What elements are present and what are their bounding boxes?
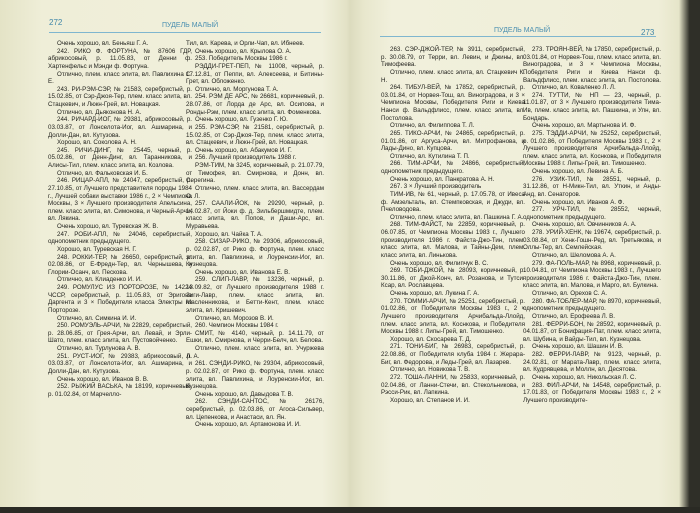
entry-paragraph: Отлично, вл. Фальковская И. Б. — [48, 170, 192, 178]
entry-paragraph: Очень хорошо, вл. Лукина Г. А. — [381, 290, 525, 298]
entry-paragraph: Очень хорошо, вл. Беньяш Г. А. — [48, 40, 192, 48]
entry-paragraph: Очень хорошо, вл. Филипчук В. С. — [381, 260, 525, 268]
entry-paragraph: 266. ТИМ-АРЧИ, № 24866, серебристый, одн… — [381, 160, 525, 175]
entry-paragraph: Отлично, плем. класс элита, вл. Павлихин… — [48, 71, 192, 86]
entry-paragraph: Очень хорошо, вл. Овчинников А. А. — [523, 221, 661, 229]
entry-paragraph: 282. ФЕРРИ-ЛАВР, № 9123, черный, р. 24.0… — [523, 351, 661, 374]
entry-paragraph: 267. 3 × Лучший производитель — [381, 183, 525, 191]
entry-paragraph: 268. ТИМ-ФАЙСТ, № 22859, коричневый, р. … — [381, 221, 525, 259]
entry-paragraph: 255. РЭМ-СЭР, № 21581, серебристый, р. 1… — [186, 124, 324, 147]
entry-paragraph: Очень хорошо, вл. Никольская Л. С. — [523, 374, 661, 382]
entry-paragraph: 256. Лучший производитель 1988 г. — [186, 154, 324, 162]
entry-paragraph: 283. ФИЛ-АРЧИ, № 14548, серебристый, р. … — [523, 382, 661, 405]
book-spread: 272 ПУДЕЛЬ МАЛЫЙ Очень хорошо, вл. Бенья… — [0, 0, 700, 507]
entry-paragraph: Тил, вл. Карева, и Орли-Чап, вл. Ибнеев. — [186, 40, 324, 48]
entry-paragraph: Очень хорошо, вл. Абакумов И. Г. — [186, 147, 324, 155]
entry-paragraph: Очень хорошо, вл. Иванова Е. В. — [186, 269, 324, 277]
entry-paragraph: 265. ТИКО-АРЧИ, № 24865, серебристый, р.… — [381, 130, 525, 153]
entry-paragraph: 250. РОМУЭЛЬ-АРЧИ, № 22829, серебристый,… — [48, 322, 192, 345]
entry-paragraph: Отлично, плем. класс элита, вл. Стацкеви… — [381, 69, 525, 84]
header-rule — [49, 32, 321, 33]
entry-paragraph: 274. ТУТТИ, № НП — 23, черный, р. 11.01.… — [523, 92, 661, 123]
entry-paragraph: Отлично, вл. Орехов С. А. — [523, 290, 661, 298]
page-number: 272 — [49, 18, 62, 27]
text-column-2: Тил, вл. Карева, и Орли-Чап, вл. Ибнеев.… — [186, 40, 324, 429]
entry-paragraph: Отлично, вл. Клиаденко И. И. — [48, 276, 192, 284]
entry-paragraph: 271. ТОНИ-БИГ, № 26983, серебристый, р. … — [381, 343, 525, 366]
entry-paragraph: Отлично, вл. Филиппова Т. Л. — [381, 122, 525, 130]
entry-paragraph: Отлично, плем. класс элита, вл. Учуржева… — [186, 345, 324, 360]
entry-paragraph: Хорошо, вл. Скосарева Т. Д. — [381, 336, 525, 344]
entry-paragraph: 246. РИЦАР-АПЛ, № 24047, серебристый, р.… — [48, 177, 192, 223]
entry-paragraph: Хорошо, вл. Чайка Т. А. — [186, 231, 324, 239]
entry-paragraph: 272. ТОША-ЛАННИ, № 25833, коричневый, р.… — [381, 374, 525, 397]
entry-paragraph: 253. Победитель Москвы 1986 г. — [186, 55, 324, 63]
entry-paragraph: Хорошо, вл. Соколова А. Н. — [48, 139, 192, 147]
entry-paragraph: 257. СААЛИ-ЙОК, № 29290, черный, р. 14.0… — [186, 200, 324, 231]
entry-paragraph: 279. ФА-ПОЛЬ-МАР, № 8968, коричневый, р.… — [523, 260, 661, 291]
entry-paragraph: 264. ТИБУЛ-ВЕЙ, № 17852, серебристый, р.… — [381, 84, 525, 122]
entry-paragraph: Отлично, вл. Турлунова А. В. — [48, 345, 192, 353]
entry-paragraph: 269. ТОБИ-ДЖОЙ, № 28093, коричневый, р. … — [381, 267, 525, 290]
entry-paragraph: Очень хорошо, вл. Артамонова И. И. — [186, 421, 324, 429]
entry-paragraph: 258. СИЗАР-РИКО, № 29306, абрикосовый, р… — [186, 238, 324, 269]
text-column-1: 263. СЭР-ДЖОЙ-ТЕР, № 3911, серебристый, … — [381, 46, 525, 404]
entry-paragraph: Очень хорошо, вл. Иванов В. В. — [48, 376, 192, 384]
entry-paragraph: Отлично, вл. Ерофеева Л. В. — [523, 313, 661, 321]
entry-paragraph: 259. СЛИП-ЛАВР, № 13236, черный, р. 13.0… — [186, 276, 324, 314]
entry-paragraph: 243. РИ-РЭМ-СЭР, № 21583, серебристый, р… — [48, 86, 192, 109]
entry-paragraph: Отлично, плем. класс элита, вл. Вассерда… — [186, 185, 324, 200]
entry-paragraph: 249. РОМУЛУС ИЗ ПОРТОРОЗЕ, № 14224 ЧССР,… — [48, 284, 192, 315]
entry-paragraph: 280. ФА-ТОБЛЕР-МАР, № 8970, коричневый, … — [523, 298, 661, 313]
entry-paragraph: 260. Чемпион Москвы 1984 г. — [186, 322, 324, 330]
running-head: ПУДЕЛЬ МАЛЫЙ — [162, 22, 218, 29]
entry-paragraph: Отлично, вл. Новикова Т. В. — [381, 366, 525, 374]
entry-paragraph: 245. РИЧИ-ДИНГ, № 25445, черный, р. 05.0… — [48, 147, 192, 170]
entry-paragraph: 247. РОБИ-АПЛ, № 24046, серебристый, одн… — [48, 231, 192, 246]
entry-paragraph: Очень хорошо, вл. Иванов А. Ф. — [523, 199, 661, 207]
entry-paragraph: Очень хорошо, вл. Туревская Ж. В. — [48, 223, 192, 231]
entry-paragraph: Отлично, вл. Дьяконова Н. А. — [48, 109, 192, 117]
entry-paragraph: РЭМ-ТИМ, № 3245, коричневый, р. 21.07.79… — [186, 162, 324, 185]
text-column-2: 273. ТРОЯН-ВЕЙ, № 17850, серебристый, р.… — [523, 46, 661, 404]
entry-paragraph: Очень хорошо, вл. Давыдова Т. В. — [186, 391, 324, 399]
entry-paragraph: Хорошо, вл. Туревская Н. Г. — [48, 246, 192, 254]
entry-paragraph: Отлично, вл. Кутилина Т. П. — [381, 153, 525, 161]
entry-paragraph: Отлично, вл. Симкина И. И. — [48, 315, 192, 323]
entry-paragraph: Хорошо, вл. Степанов И. И. — [381, 397, 525, 405]
entry-paragraph: 281. ФЕРРИ-БОН, № 28592, коричневый, р. … — [523, 321, 661, 344]
entry-paragraph: 270. ТОММИ-АРЧИ, № 25251, серебристый, р… — [381, 298, 525, 336]
entry-paragraph: Отлично, вл. Шеломова А. А. — [523, 252, 661, 260]
entry-paragraph: Очень хорошо, вл. Шашин И. В. — [523, 343, 661, 351]
entry-paragraph: Отлично, вл. Морозов В. И. — [186, 315, 324, 323]
entry-paragraph: 261. СЭНДИ-РИКО, № 29304, абрикосовый, р… — [186, 360, 324, 391]
entry-paragraph: 248. РОККИ-ТЕР, № 26650, серебристый, р.… — [48, 254, 192, 277]
right-page: ПУДЕЛЬ МАЛЫЙ 273 263. СЭР-ДЖОЙ-ТЕР, № 39… — [350, 0, 690, 507]
text-column-1: Очень хорошо, вл. Беньяш Г. А.242. РИКО … — [48, 40, 192, 398]
header-rule — [380, 36, 656, 37]
running-head: ПУДЕЛЬ МАЛЫЙ — [494, 27, 550, 34]
entry-paragraph: Отлично, вл. Коваленко Л. Л. — [523, 84, 661, 92]
entry-paragraph: Очень хорошо, вл. Панкратова А. Н. — [381, 176, 525, 184]
entry-paragraph: 278. УРИЙ-ХЕНК, № 19674, серебристый, р.… — [523, 229, 661, 252]
entry-paragraph: Отлично, вл. Моргунова Т. А. — [186, 86, 324, 94]
entry-paragraph: Очень хорошо, вл. Левина А. Б. — [523, 168, 661, 176]
entry-paragraph: РЭДДИ-ГРЕТ-ПЕП, № 11008, черный, р. 17.1… — [186, 63, 324, 86]
entry-paragraph: 242. РИКО Ф. ФОРТУНА, № 87606 ГДР, абрик… — [48, 48, 192, 71]
entry-paragraph: СМИТ, № 4140, черный, р. 14.11.79, от Еш… — [186, 330, 324, 345]
entry-paragraph: ТИМ-ИВ, № 61, черный, р. 17.05.78, от Ив… — [381, 191, 525, 214]
entry-paragraph: Очень хорошо, вл. Крылова О. А. — [186, 48, 324, 56]
entry-paragraph: 273. ТРОЯН-ВЕЙ, № 17850, серебристый, р.… — [523, 46, 661, 84]
entry-paragraph: 251. РУСТ-ИОГ, № 29383, абрикосовый, р. … — [48, 353, 192, 376]
entry-paragraph: 276. УЗИК-ТИЛ, № 28551, черный, р. 31.12… — [523, 176, 661, 199]
entry-paragraph: 252. РЫЖИЙ ВАСЬКА, № 18199, коричневый, … — [48, 383, 192, 398]
entry-paragraph: Очень хорошо, вл. Мартынова И. Ф. — [523, 122, 661, 130]
entry-paragraph: 263. СЭР-ДЖОЙ-ТЕР, № 3911, серебристый, … — [381, 46, 525, 69]
left-page: 272 ПУДЕЛЬ МАЛЫЙ Очень хорошо, вл. Бенья… — [0, 0, 350, 507]
entry-paragraph: 262. СЭНДИ-САНТОС, № 26176, серебристый,… — [186, 398, 324, 421]
entry-paragraph: 244. РИЧАРД-ИОГ, № 29381, абрикосовый, р… — [48, 116, 192, 139]
entry-paragraph: 275. ТЭДДИ-АРЧИ, № 25252, серебристый, р… — [523, 130, 661, 168]
entry-paragraph: 254. РЭМ ДЕ АРС, № 26681, коричневый, р.… — [186, 93, 324, 116]
entry-paragraph: 277. УРЧ-ТИЛ, № 28552, черный, однопомет… — [523, 206, 661, 221]
entry-paragraph: Очень хорошо, вл. Гузенко Г. Ю. — [186, 116, 324, 124]
